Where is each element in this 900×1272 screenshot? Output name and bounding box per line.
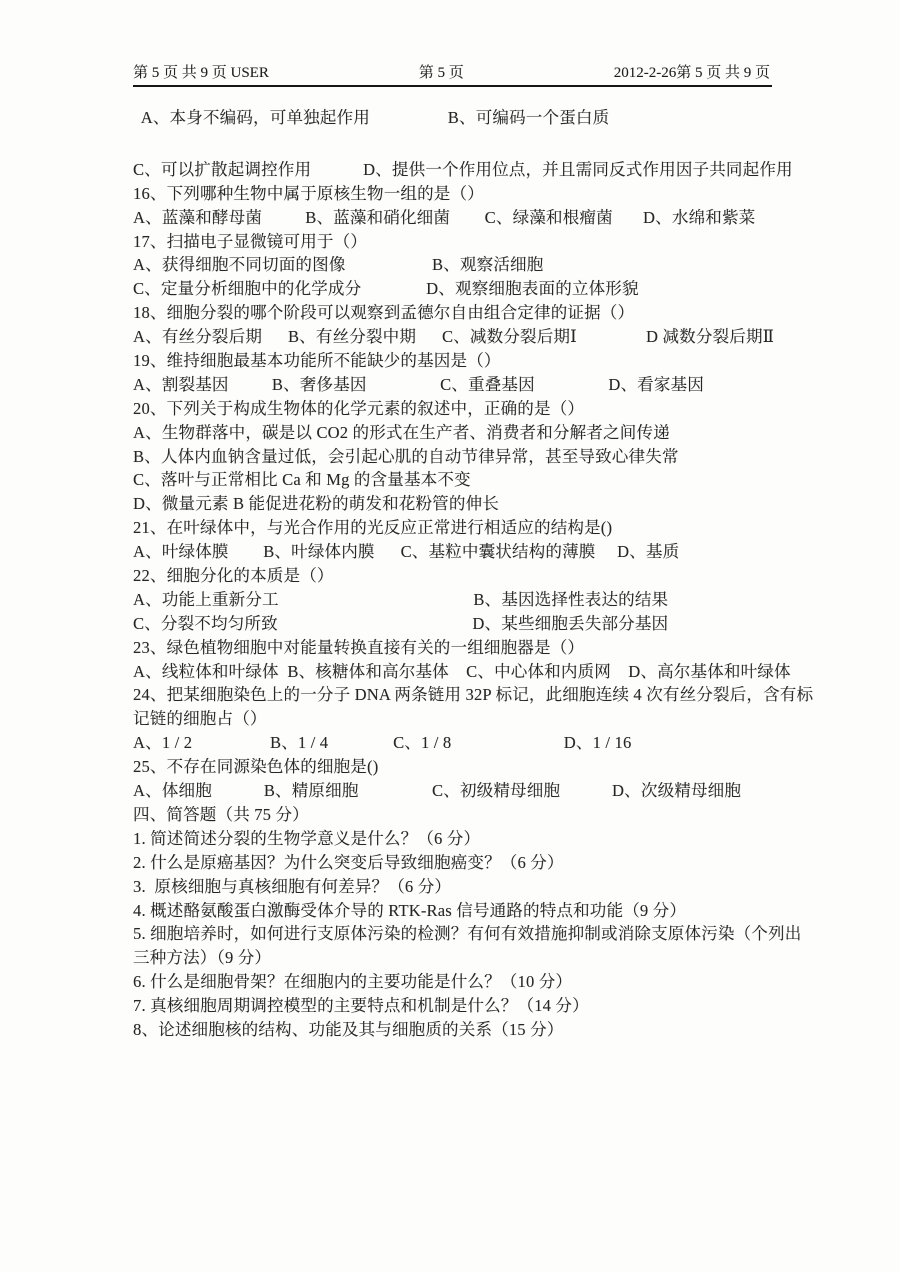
text-line: D、微量元素 B 能促进花粉的萌发和花粉管的伸长 — [133, 492, 793, 516]
text-line: 三种方法）（9 分） — [133, 946, 793, 970]
text-line — [133, 130, 793, 144]
text-line: 16、下列哪种生物中属于原核生物一组的是（） — [133, 182, 793, 206]
text-line: C、分裂不均匀所致 D、某些细胞丢失部分基因 — [133, 612, 793, 636]
text-line: 2. 什么是原癌基因？为什么突变后导致细胞癌变？（6 分） — [133, 851, 793, 875]
text-line: 20、下列关于构成生物体的化学元素的叙述中，正确的是（） — [133, 397, 793, 421]
text-line: 5. 细胞培养时，如何进行支原体污染的检测？有何有效措施抑制或消除支原体污染（个… — [133, 922, 793, 946]
text-line: 8、论述细胞核的结构、功能及其与细胞质的关系（15 分） — [133, 1018, 793, 1042]
text-line: A、割裂基因 B、奢侈基因 C、重叠基因 D、看家基因 — [133, 373, 793, 397]
text-line: 4. 概述酪氨酸蛋白激酶受体介导的 RTK-Ras 信号通路的特点和功能（9 分… — [133, 899, 793, 923]
text-line: 四、简答题（共 75 分） — [133, 803, 793, 827]
text-line: 6. 什么是细胞骨架？在细胞内的主要功能是什么？（10 分） — [133, 970, 793, 994]
text-line: 24、把某细胞染色上的一分子 DNA 两条链用 32P 标记，此细胞连续 4 次… — [133, 683, 793, 707]
text-line — [133, 144, 793, 158]
text-line: A、体细胞 B、精原细胞 C、初级精母细胞 D、次级精母细胞 — [133, 779, 793, 803]
text-line: 17、扫描电子显微镜可用于（） — [133, 230, 793, 254]
text-line: A、功能上重新分工 B、基因选择性表达的结果 — [133, 588, 793, 612]
text-line: 3. 原核细胞与真核细胞有何差异？（6 分） — [133, 875, 793, 899]
text-line: 22、细胞分化的本质是（） — [133, 564, 793, 588]
text-line: A、生物群落中，碳是以 CO2 的形式在生产者、消费者和分解者之间传递 — [133, 421, 793, 445]
text-line: 19、维持细胞最基本功能所不能缺少的基因是（） — [133, 349, 793, 373]
text-line: A、叶绿体膜 B、叶绿体内膜 C、基粒中囊状结构的薄膜 D、基质 — [133, 540, 793, 564]
text-line: C、定量分析细胞中的化学成分 D、观察细胞表面的立体形貌 — [133, 277, 793, 301]
text-line: A、获得细胞不同切面的图像 B、观察活细胞 — [133, 253, 793, 277]
text-line: A、1 / 2 B、1 / 4 C、1 / 8 D、1 / 16 — [133, 731, 793, 755]
text-line: 23、绿色植物细胞中对能量转换直接有关的一组细胞器是（） — [133, 636, 793, 660]
text-line: A、蓝藻和酵母菌 B、蓝藻和硝化细菌 C、绿藻和根瘤菌 D、水绵和紫菜 — [133, 206, 793, 230]
header-page-left: 第 5 页 共 9 页 USER — [133, 61, 269, 82]
text-line: 25、不存在同源染色体的细胞是() — [133, 755, 793, 779]
header-page-center: 第 5 页 — [419, 61, 464, 82]
header-divider — [133, 85, 772, 87]
header-date-page-right: 2012-2-26第 5 页 共 9 页 — [614, 61, 770, 82]
text-line: 7. 真核细胞周期调控模型的主要特点和机制是什么？（14 分） — [133, 994, 793, 1018]
text-line: 1. 简述简述分裂的生物学意义是什么？（6 分） — [133, 827, 793, 851]
page-header: 第 5 页 共 9 页 USER 第 5 页 2012-2-26第 5 页 共 … — [133, 61, 770, 82]
text-line: B、人体内血钠含量过低，会引起心肌的自动节律异常，甚至导致心律失常 — [133, 445, 793, 469]
document-body: A、本身不编码，可单独起作用 B、可编码一个蛋白质C、可以扩散起调控作用 D、提… — [133, 106, 793, 1042]
text-line: A、有丝分裂后期 B、有丝分裂中期 C、减数分裂后期Ⅰ D 减数分裂后期Ⅱ — [133, 325, 793, 349]
text-line: A、本身不编码，可单独起作用 B、可编码一个蛋白质 — [133, 106, 793, 130]
text-line: C、落叶与正常相比 Ca 和 Mg 的含量基本不变 — [133, 468, 793, 492]
exam-page: 第 5 页 共 9 页 USER 第 5 页 2012-2-26第 5 页 共 … — [0, 0, 900, 1272]
text-line: A、线粒体和叶绿体 B、核糖体和高尔基体 C、中心体和内质网 D、高尔基体和叶绿… — [133, 660, 793, 684]
text-line: C、可以扩散起调控作用 D、提供一个作用位点，并且需同反式作用因子共同起作用 — [133, 158, 793, 182]
text-line: 18、细胞分裂的哪个阶段可以观察到孟德尔自由组合定律的证据（） — [133, 301, 793, 325]
text-line: 记链的细胞占（） — [133, 707, 793, 731]
text-line: 21、在叶绿体中，与光合作用的光反应正常进行相适应的结构是() — [133, 516, 793, 540]
